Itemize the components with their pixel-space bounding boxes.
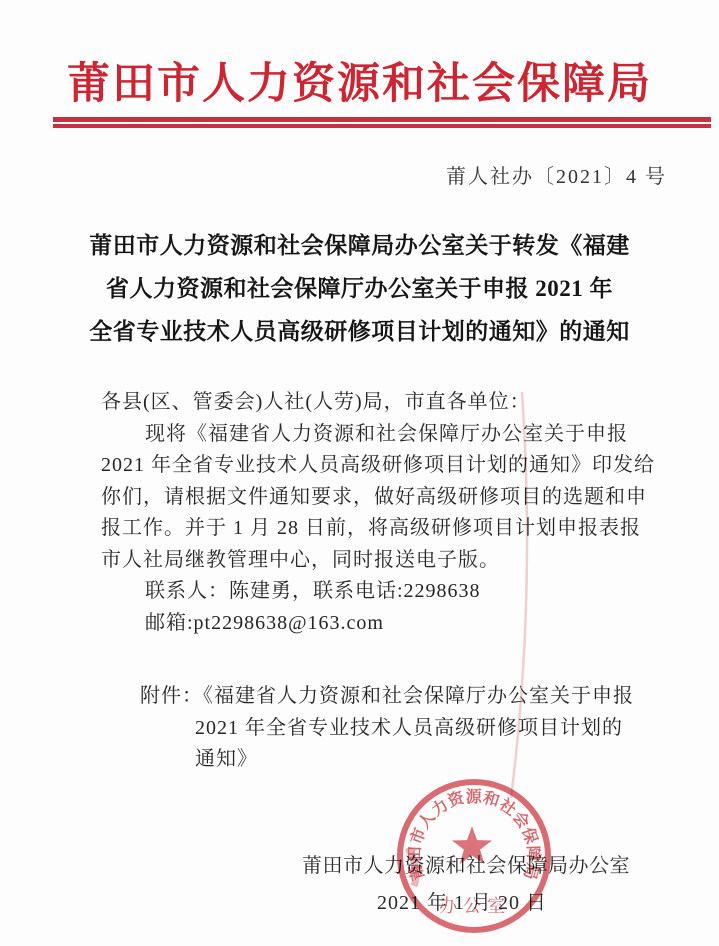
attachment-label: 附件：: [140, 685, 203, 707]
attachment-line: 《福建省人力资源和社会保障厅办公室关于申报: [203, 685, 634, 707]
salutation-line: 各县(区、管委会)人社(人劳)局，市直各单位：: [101, 387, 671, 419]
divider-thin-line: [53, 124, 711, 128]
title-line: 莆田市人力资源和社会保障局办公室关于转发《福建: [0, 224, 719, 267]
seal-star-icon: [452, 826, 492, 864]
official-seal-stamp: 莆田市人力资源和社会保障局 办公室: [380, 762, 570, 946]
contact-line: 联系人：陈建勇，联系电话:2298638: [101, 576, 671, 608]
attachment-line: 2021 年全省专业技术人员高级研修项目计划的: [140, 713, 680, 745]
document-body: 各县(区、管委会)人社(人劳)局，市直各单位： 现将《福建省人力资源和社会保障厅…: [101, 387, 671, 639]
title-line: 省人力资源和社会保障厅办公室关于申报 2021 年: [0, 267, 719, 310]
document-title: 莆田市人力资源和社会保障局办公室关于转发《福建 省人力资源和社会保障厅办公室关于…: [0, 224, 719, 353]
letterhead-divider: [53, 117, 711, 128]
email-line: 邮箱:pt2298638@163.com: [101, 608, 671, 640]
body-line: 你们，请根据文件通知要求，做好高级研修项目的选题和申: [101, 482, 671, 514]
title-line: 全省专业技术人员高级研修项目计划的通知》的通知: [0, 310, 719, 353]
letterhead-title: 莆田市人力资源和社会保障局: [0, 50, 719, 111]
body-line: 2021 年全省专业技术人员高级研修项目计划的通知》印发给: [101, 450, 671, 482]
seal-office-text: 办公室: [439, 896, 511, 916]
document-page: 莆田市人力资源和社会保障局 莆人社办〔2021〕4 号 莆田市人力资源和社会保障…: [0, 0, 719, 946]
body-line: 现将《福建省人力资源和社会保障厅办公室关于申报: [101, 419, 671, 451]
document-number: 莆人社办〔2021〕4 号: [446, 160, 667, 189]
body-line: 市人社局继教管理中心，同时报送电子版。: [101, 545, 671, 577]
body-line: 报工作。并于 1 月 28 日前，将高级研修项目计划申报表报: [101, 513, 671, 545]
